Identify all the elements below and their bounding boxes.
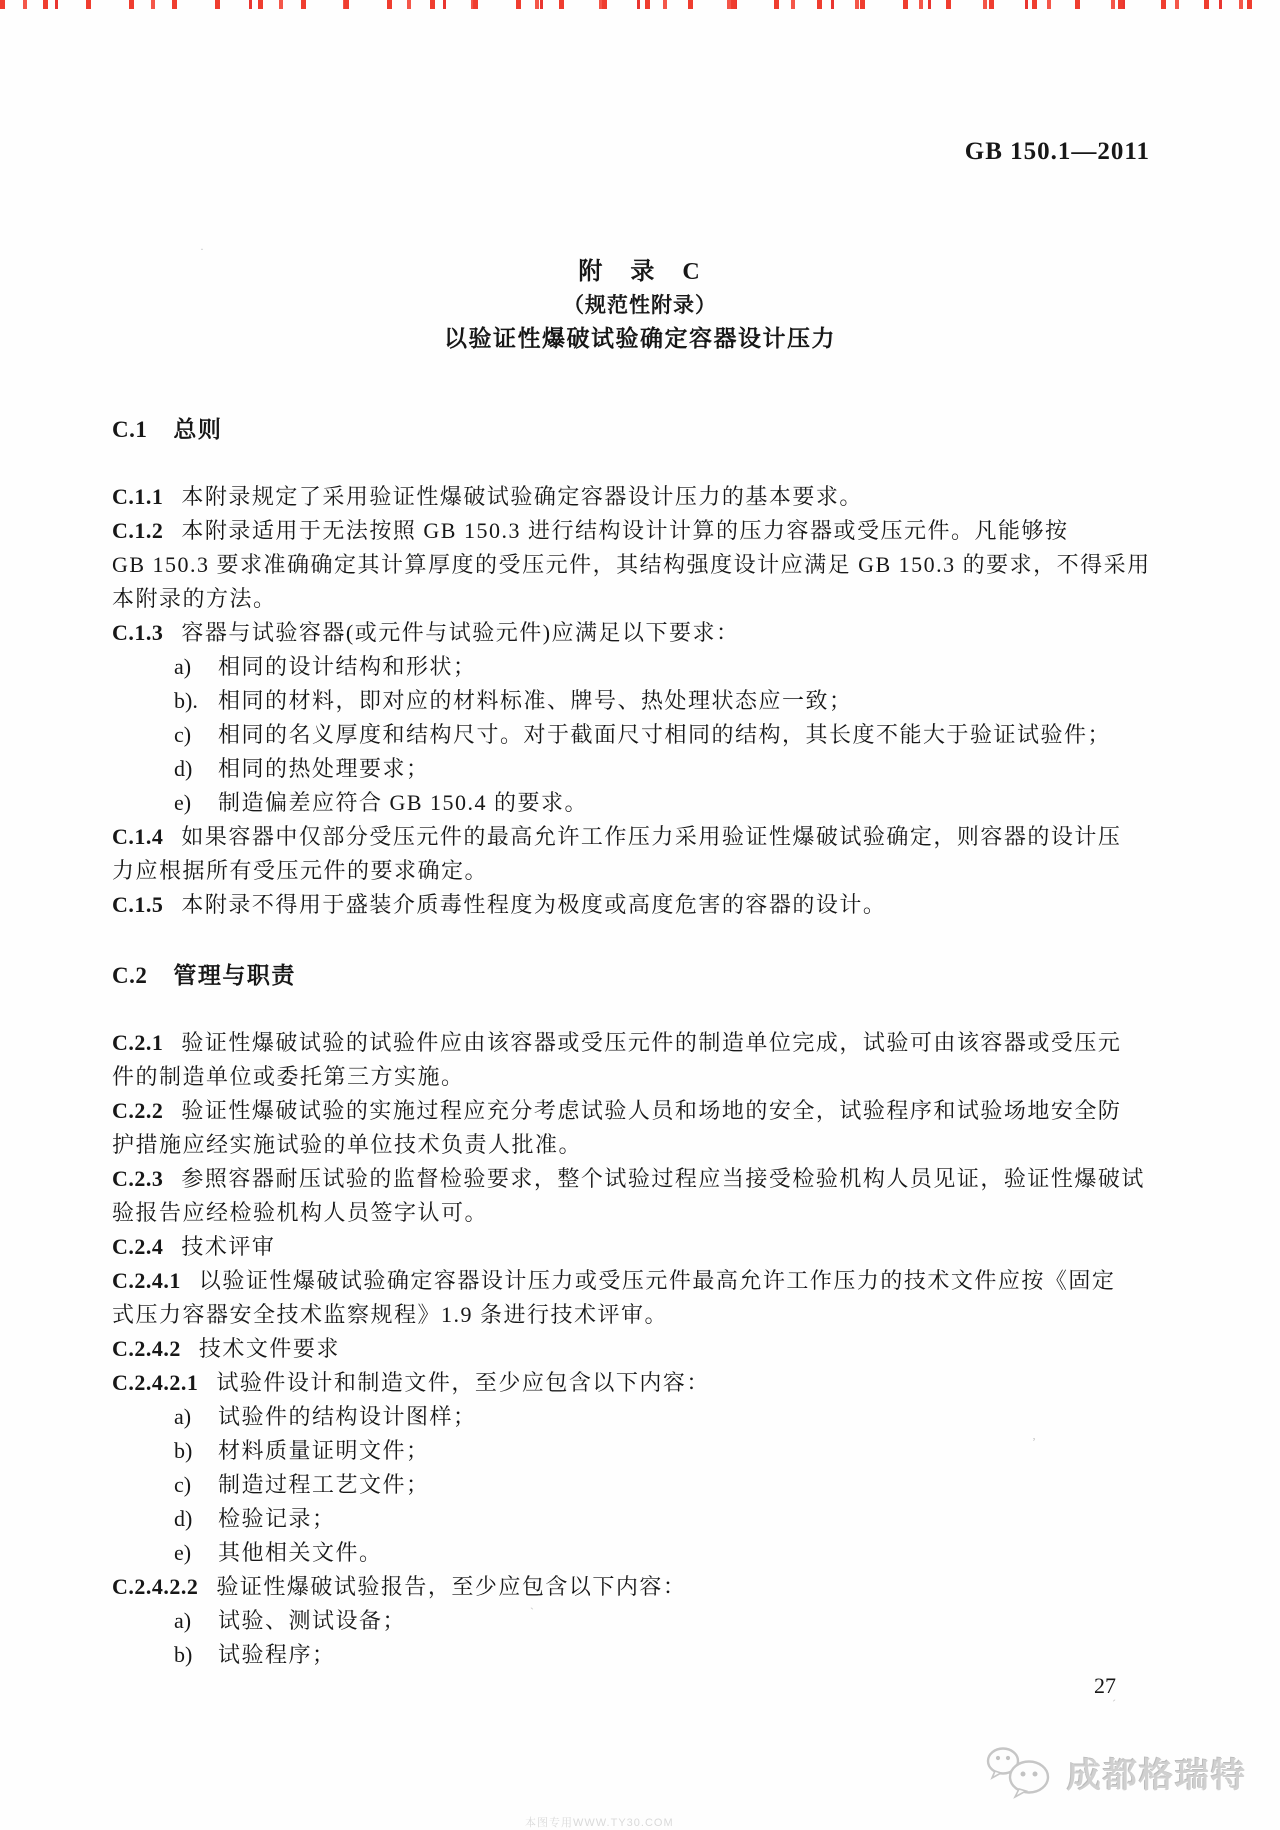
clause-label: c): [174, 718, 204, 752]
doc-line: 件的制造单位或委托第三方实施。: [112, 1060, 1170, 1094]
doc-line: C.2.1验证性爆破试验的试验件应由该容器或受压元件的制造单位完成，试验可由该容…: [112, 1026, 1170, 1060]
clause-text: 本附录规定了采用验证性爆破试验确定容器设计压力的基本要求。: [181, 484, 863, 509]
doc-line: GB 150.3 要求准确确定其计算厚度的受压元件，其结构强度设计应满足 GB …: [112, 548, 1170, 582]
clause-label: e): [174, 786, 204, 820]
clause-label: b): [174, 1434, 204, 1468]
list-item: c)制造过程工艺文件；: [112, 1468, 1170, 1502]
doc-line: C.2.3参照容器耐压试验的监督检验要求，整个试验过程应当接受检验机构人员见证，…: [112, 1162, 1170, 1196]
clause-label: e): [174, 1536, 204, 1570]
appendix-title-block: 附 录 C （规范性附录） 以验证性爆破试验确定容器设计压力: [112, 255, 1168, 356]
clause-text: 件的制造单位或委托第三方实施。: [112, 1064, 465, 1089]
clause-text: 制造偏差应符合 GB 150.4 的要求。: [218, 790, 588, 815]
clause-text: 检验记录；: [218, 1506, 336, 1531]
clause-text: 式压力容器安全技术监察规程》1.9 条进行技术评审。: [112, 1302, 668, 1327]
doc-line: 力应根据所有受压元件的要求确定。: [112, 854, 1170, 888]
clause-label: C.1.4: [112, 824, 163, 849]
clause-label: C.2.4.1: [112, 1268, 181, 1293]
clause-text: 如果容器中仅部分受压元件的最高允许工作压力采用验证性爆破试验确定，则容器的设计压: [181, 824, 1121, 849]
clause-text: 验证性爆破试验的试验件应由该容器或受压元件的制造单位完成，试验可由该容器或受压元: [181, 1030, 1121, 1055]
torn-edge-red-marks: [0, 0, 1280, 9]
doc-line: C.1.5本附录不得用于盛装介质毒性程度为极度或高度危害的容器的设计。: [112, 888, 1170, 922]
tiny-watermark-text: 本图专用WWW.TY30.COM: [525, 1814, 674, 1830]
doc-line: C.1.3容器与试验容器(或元件与试验元件)应满足以下要求：: [112, 616, 1170, 650]
clause-text: 技术文件要求: [199, 1336, 340, 1361]
doc-line: C.2.4.2.1试验件设计和制造文件，至少应包含以下内容：: [112, 1366, 1170, 1400]
clause-label: C.2: [112, 963, 147, 988]
clause-text: 总则: [173, 417, 222, 442]
doc-line: C.1.4如果容器中仅部分受压元件的最高允许工作压力采用验证性爆破试验确定，则容…: [112, 820, 1170, 854]
doc-line: 式压力容器安全技术监察规程》1.9 条进行技术评审。: [112, 1298, 1170, 1332]
page-number: 27: [1094, 1672, 1116, 1700]
list-item: a)相同的设计结构和形状；: [112, 650, 1170, 684]
section-heading: C.1总则: [112, 413, 1170, 447]
clause-label: b).: [174, 684, 204, 718]
clause-label: d): [174, 1502, 204, 1536]
clause-text: 相同的热处理要求；: [218, 756, 430, 781]
scan-speck: ˋ: [530, 1606, 534, 1618]
clause-text: 验证性爆破试验报告，至少应包含以下内容：: [216, 1574, 686, 1599]
clause-text: 制造过程工艺文件；: [218, 1472, 430, 1497]
brand-watermark: 成都格瑞特: [981, 1744, 1247, 1800]
clause-text: 验报告应经检验机构人员签字认可。: [112, 1200, 488, 1225]
list-item: e)制造偏差应符合 GB 150.4 的要求。: [112, 786, 1170, 820]
clause-label: C.2.2: [112, 1098, 163, 1123]
clause-label: c): [174, 1468, 204, 1502]
doc-line: C.2.4.2技术文件要求: [112, 1332, 1170, 1366]
clause-label: C.2.4.2.1: [112, 1370, 198, 1395]
clause-label: C.2.4: [112, 1234, 163, 1259]
doc-line: 验报告应经检验机构人员签字认可。: [112, 1196, 1170, 1230]
clause-text: 材料质量证明文件；: [218, 1438, 430, 1463]
doc-line: C.2.4.2.2验证性爆破试验报告，至少应包含以下内容：: [112, 1570, 1170, 1604]
clause-text: 本附录不得用于盛装介质毒性程度为极度或高度危害的容器的设计。: [181, 892, 886, 917]
clause-text: 相同的设计结构和形状；: [218, 654, 477, 679]
clause-label: a): [174, 650, 204, 684]
list-item: b)材料质量证明文件；: [112, 1434, 1170, 1468]
clause-label: C.1: [112, 417, 147, 442]
doc-line: 护措施应经实施试验的单位技术负责人批准。: [112, 1128, 1170, 1162]
list-item: a)试验、测试设备；: [112, 1604, 1170, 1638]
list-item: a)试验件的结构设计图样；: [112, 1400, 1170, 1434]
list-item: b)试验程序；: [112, 1638, 1170, 1672]
scanned-document-page: GB 150.1—2011 附 录 C （规范性附录） 以验证性爆破试验确定容器…: [0, 0, 1280, 1830]
standard-number: GB 150.1—2011: [965, 138, 1150, 166]
list-item: d)检验记录；: [112, 1502, 1170, 1536]
clause-text: 相同的名义厚度和结构尺寸。对于截面尺寸相同的结构，其长度不能大于验证试验件；: [218, 722, 1111, 747]
clause-label: C.2.1: [112, 1030, 163, 1055]
doc-line: C.2.4技术评审: [112, 1230, 1170, 1264]
clause-text: 试验、测试设备；: [218, 1608, 406, 1633]
clause-text: 试验程序；: [218, 1642, 336, 1667]
list-item: e)其他相关文件。: [112, 1536, 1170, 1570]
doc-line: C.1.1本附录规定了采用验证性爆破试验确定容器设计压力的基本要求。: [112, 480, 1170, 514]
list-item: b).相同的材料，即对应的材料标准、牌号、热处理状态应一致；: [112, 684, 1170, 718]
clause-text: 本附录适用于无法按照 GB 150.3 进行结构设计计算的压力容器或受压元件。凡…: [181, 518, 1068, 543]
appendix-title: 附 录 C: [112, 255, 1168, 289]
clause-text: 试验件设计和制造文件，至少应包含以下内容：: [216, 1370, 710, 1395]
scan-speck: ʼ: [1032, 1436, 1036, 1448]
clause-label: C.2.4.2.2: [112, 1574, 198, 1599]
clause-text: 其他相关文件。: [218, 1540, 383, 1565]
clause-label: b): [174, 1638, 204, 1672]
list-item: d)相同的热处理要求；: [112, 752, 1170, 786]
clause-text: 相同的材料，即对应的材料标准、牌号、热处理状态应一致；: [218, 688, 853, 713]
scan-speck: ˊ: [1112, 1698, 1116, 1710]
clause-label: C.1.5: [112, 892, 163, 917]
section-heading: C.2管理与职责: [112, 959, 1170, 993]
clause-label: C.1.1: [112, 484, 163, 509]
doc-line: C.1.2本附录适用于无法按照 GB 150.3 进行结构设计计算的压力容器或受…: [112, 514, 1170, 548]
clause-text: 本附录的方法。: [112, 586, 277, 611]
wechat-icon: [981, 1744, 1057, 1800]
clause-text: 力应根据所有受压元件的要求确定。: [112, 858, 488, 883]
doc-line: 本附录的方法。: [112, 582, 1170, 616]
clause-text: 验证性爆破试验的实施过程应充分考虑试验人员和场地的安全，试验程序和试验场地安全防: [181, 1098, 1121, 1123]
clause-text: 容器与试验容器(或元件与试验元件)应满足以下要求：: [181, 620, 739, 645]
clause-label: C.1.2: [112, 518, 163, 543]
list-item: c)相同的名义厚度和结构尺寸。对于截面尺寸相同的结构，其长度不能大于验证试验件；: [112, 718, 1170, 752]
doc-line: C.2.2验证性爆破试验的实施过程应充分考虑试验人员和场地的安全，试验程序和试验…: [112, 1094, 1170, 1128]
clause-text: 参照容器耐压试验的监督检验要求，整个试验过程应当接受检验机构人员见证，验证性爆破…: [181, 1166, 1145, 1191]
scan-speck: ·: [200, 243, 204, 255]
brand-name: 成都格瑞特: [1067, 1748, 1247, 1797]
clause-text: 技术评审: [181, 1234, 275, 1259]
clause-text: 试验件的结构设计图样；: [218, 1404, 477, 1429]
clause-label: a): [174, 1604, 204, 1638]
clause-label: a): [174, 1400, 204, 1434]
clause-text: 管理与职责: [173, 963, 296, 988]
clause-label: C.2.3: [112, 1166, 163, 1191]
clause-label: d): [174, 752, 204, 786]
doc-line: C.2.4.1以验证性爆破试验确定容器设计压力或受压元件最高允许工作压力的技术文…: [112, 1264, 1170, 1298]
document-body: C.1总则C.1.1本附录规定了采用验证性爆破试验确定容器设计压力的基本要求。C…: [112, 413, 1170, 1672]
clause-label: C.2.4.2: [112, 1336, 181, 1361]
clause-text: GB 150.3 要求准确确定其计算厚度的受压元件，其结构强度设计应满足 GB …: [112, 552, 1151, 577]
clause-label: C.1.3: [112, 620, 163, 645]
appendix-subtitle: （规范性附录）: [112, 289, 1168, 322]
clause-text: 以验证性爆破试验确定容器设计压力或受压元件最高允许工作压力的技术文件应按《固定: [199, 1268, 1116, 1293]
clause-text: 护措施应经实施试验的单位技术负责人批准。: [112, 1132, 582, 1157]
appendix-heading: 以验证性爆破试验确定容器设计压力: [112, 322, 1168, 356]
